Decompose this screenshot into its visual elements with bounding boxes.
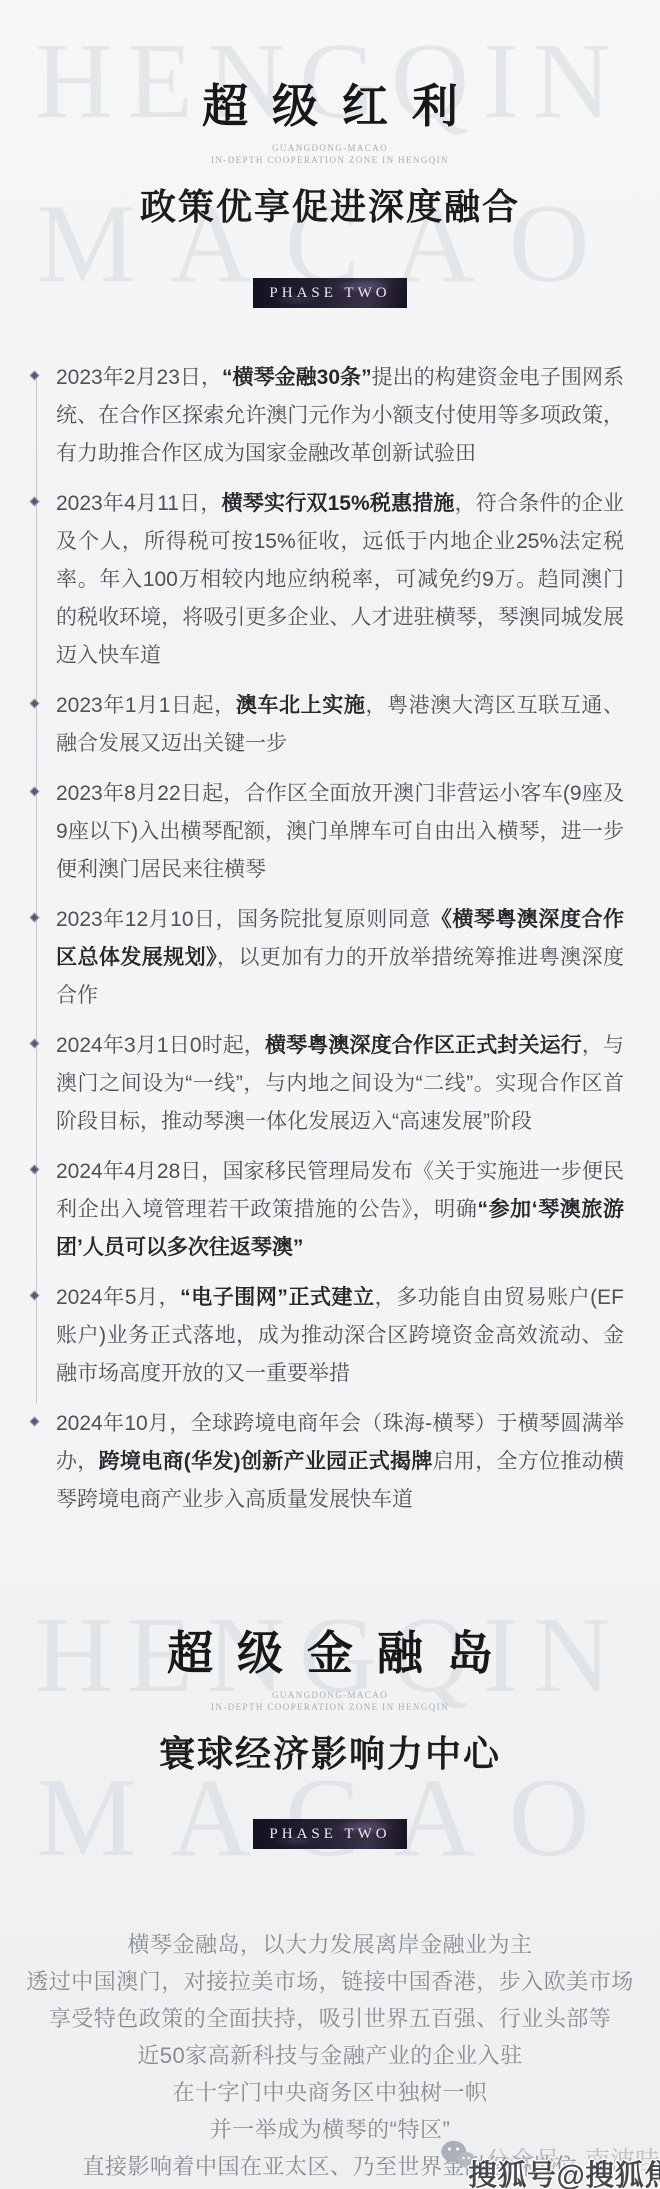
timeline-item: 2024年3月1日0时起，横琴粤澳深度合作区正式封关运行，与澳门之间设为“一线”… <box>56 1027 624 1141</box>
timeline-segment: 2023年12月10日，国务院批复原则同意 <box>56 908 431 931</box>
timeline-text: 2024年3月1日0时起，横琴粤澳深度合作区正式封关运行，与澳门之间设为“一线”… <box>56 1027 624 1141</box>
section-super-finance-island: HENGQIN MACAO 超级金融岛 GUANGDONG-MACAO IN-D… <box>0 1574 660 1904</box>
section-subtitle: 寰球经济影响力中心 <box>0 1726 660 1777</box>
timeline-text: 2023年2月23日，“横琴金融30条”提出的构建资金电子围网系统、在合作区探索… <box>56 359 624 473</box>
timeline-segment: 2024年5月， <box>56 1286 180 1309</box>
policy-timeline: 2023年2月23日，“横琴金融30条”提出的构建资金电子围网系统、在合作区探索… <box>0 345 660 1519</box>
section-title: 超级红利 <box>0 82 660 133</box>
diamond-bullet-icon <box>30 371 40 381</box>
section-title: 超级金融岛 <box>0 1629 660 1680</box>
timeline-item: 2023年2月23日，“横琴金融30条”提出的构建资金电子围网系统、在合作区探索… <box>56 359 624 473</box>
timeline-text: 2023年12月10日，国务院批复原则同意《横琴粤澳深度合作区总体发展规划》，以… <box>56 901 624 1015</box>
diamond-bullet-icon <box>30 1039 40 1049</box>
timeline-text: 2023年8月22日起，合作区全面放开澳门非营运小客车(9座及9座以下)入出横琴… <box>56 775 624 889</box>
promo-poster: HENGQIN MACAO 超级红利 GUANGDONG-MACAO IN-DE… <box>0 0 660 2189</box>
section-header: 超级金融岛 GUANGDONG-MACAO IN-DEPTH COOPERATI… <box>0 1574 660 1777</box>
timeline-segment: 横琴粤澳深度合作区正式封关运行 <box>265 1034 582 1057</box>
diamond-bullet-icon <box>30 1165 40 1175</box>
timeline-segment: 澳车北上实施 <box>236 694 366 717</box>
diamond-bullet-icon <box>30 787 40 797</box>
phase-two-badge: PHASE TWO <box>253 1819 407 1849</box>
diamond-bullet-icon <box>30 699 40 709</box>
timeline-segment: 2023年8月22日起，合作区全面放开澳门非营运小客车(9座及9座以下)入出横琴… <box>56 782 624 881</box>
timeline-segment: ，符合条件的企业及个人，所得税可按15%征收，远低于内地企业25%法定税率。年入… <box>56 492 624 667</box>
timeline-segment: “电子围网”正式建立 <box>180 1286 375 1309</box>
timeline-item: 2023年4月11日，横琴实行双15%税惠措施，符合条件的企业及个人，所得税可按… <box>56 485 624 675</box>
caption-line-1: GUANGDONG-MACAO <box>0 142 660 154</box>
diamond-bullet-icon <box>30 1417 40 1427</box>
caption-line-1: GUANGDONG-MACAO <box>0 1689 660 1701</box>
timeline-item: 2023年12月10日，国务院批复原则同意《横琴粤澳深度合作区总体发展规划》，以… <box>56 901 624 1015</box>
timeline-segment: 2024年3月1日0时起， <box>56 1034 265 1057</box>
timeline-line <box>36 375 37 1404</box>
timeline-item: 2024年10月，全球跨境电商年会（珠海-横琴）于横琴圆满举办，跨境电商(华发)… <box>56 1405 624 1519</box>
phase-two-badge: PHASE TWO <box>253 278 407 308</box>
timeline-segment: 跨境电商(华发)创新产业园正式揭牌 <box>99 1450 433 1473</box>
timeline-segment: 2023年4月11日， <box>56 492 222 515</box>
timeline-item: 2024年5月，“电子围网”正式建立，多功能自由贸易账户(EF账户)业务正式落地… <box>56 1279 624 1393</box>
timeline-text: 2024年4月28日，国家移民管理局发布《关于实施进一步便民利企出入境管理若干政… <box>56 1153 624 1267</box>
closing-line: 透过中国澳门，对接拉美市场，链接中国香港，步入欧美市场 <box>0 1963 660 2000</box>
timeline-segment: 2023年1月1日起， <box>56 694 236 717</box>
timeline-item: 2024年4月28日，国家移民管理局发布《关于实施进一步便民利企出入境管理若干政… <box>56 1153 624 1267</box>
timeline-text: 2024年10月，全球跨境电商年会（珠海-横琴）于横琴圆满举办，跨境电商(华发)… <box>56 1405 624 1519</box>
section-caption: GUANGDONG-MACAO IN-DEPTH COOPERATION ZON… <box>0 1689 660 1713</box>
timeline-text: 2023年1月1日起，澳车北上实施，粤港澳大湾区互联互通、融合发展又迈出关键一步 <box>56 687 624 763</box>
timeline-text: 2023年4月11日，横琴实行双15%税惠措施，符合条件的企业及个人，所得税可按… <box>56 485 624 675</box>
section-header: 超级红利 GUANGDONG-MACAO IN-DEPTH COOPERATIO… <box>0 0 660 230</box>
watermark-macao: MACAO <box>0 1762 660 1874</box>
timeline-text: 2024年5月，“电子围网”正式建立，多功能自由贸易账户(EF账户)业务正式落地… <box>56 1279 624 1393</box>
timeline-item: 2023年1月1日起，澳车北上实施，粤港澳大湾区互联互通、融合发展又迈出关键一步 <box>56 687 624 763</box>
diamond-bullet-icon <box>30 497 40 507</box>
caption-line-2: IN-DEPTH COOPERATION ZONE IN HENGQIN <box>0 154 660 166</box>
closing-line: 近50家高新科技与金融产业的企业入驻 <box>0 2037 660 2074</box>
diamond-bullet-icon <box>30 913 40 923</box>
timeline-segment: 2023年2月23日， <box>56 366 222 389</box>
section-caption: GUANGDONG-MACAO IN-DEPTH COOPERATION ZON… <box>0 142 660 166</box>
diamond-bullet-icon <box>30 1291 40 1301</box>
section-subtitle: 政策优享促进深度融合 <box>0 179 660 230</box>
timeline-segment: “横琴金融30条” <box>222 366 372 389</box>
closing-line: 享受特色政策的全面扶持，吸引世界五百强、行业头部等 <box>0 2000 660 2037</box>
sohu-watermark: 搜狐号@搜狐焦点贺州站 <box>468 2153 660 2189</box>
timeline-item: 2023年8月22日起，合作区全面放开澳门非营运小客车(9座及9座以下)入出横琴… <box>56 775 624 889</box>
closing-line: 在十字门中央商务区中独树一帜 <box>0 2074 660 2111</box>
closing-line: 横琴金融岛，以大力发展离岸金融业为主 <box>0 1926 660 1963</box>
caption-line-2: IN-DEPTH COOPERATION ZONE IN HENGQIN <box>0 1701 660 1713</box>
section-super-bonus: HENGQIN MACAO 超级红利 GUANGDONG-MACAO IN-DE… <box>0 0 660 345</box>
timeline-segment: 横琴实行双15%税惠措施 <box>222 492 455 515</box>
